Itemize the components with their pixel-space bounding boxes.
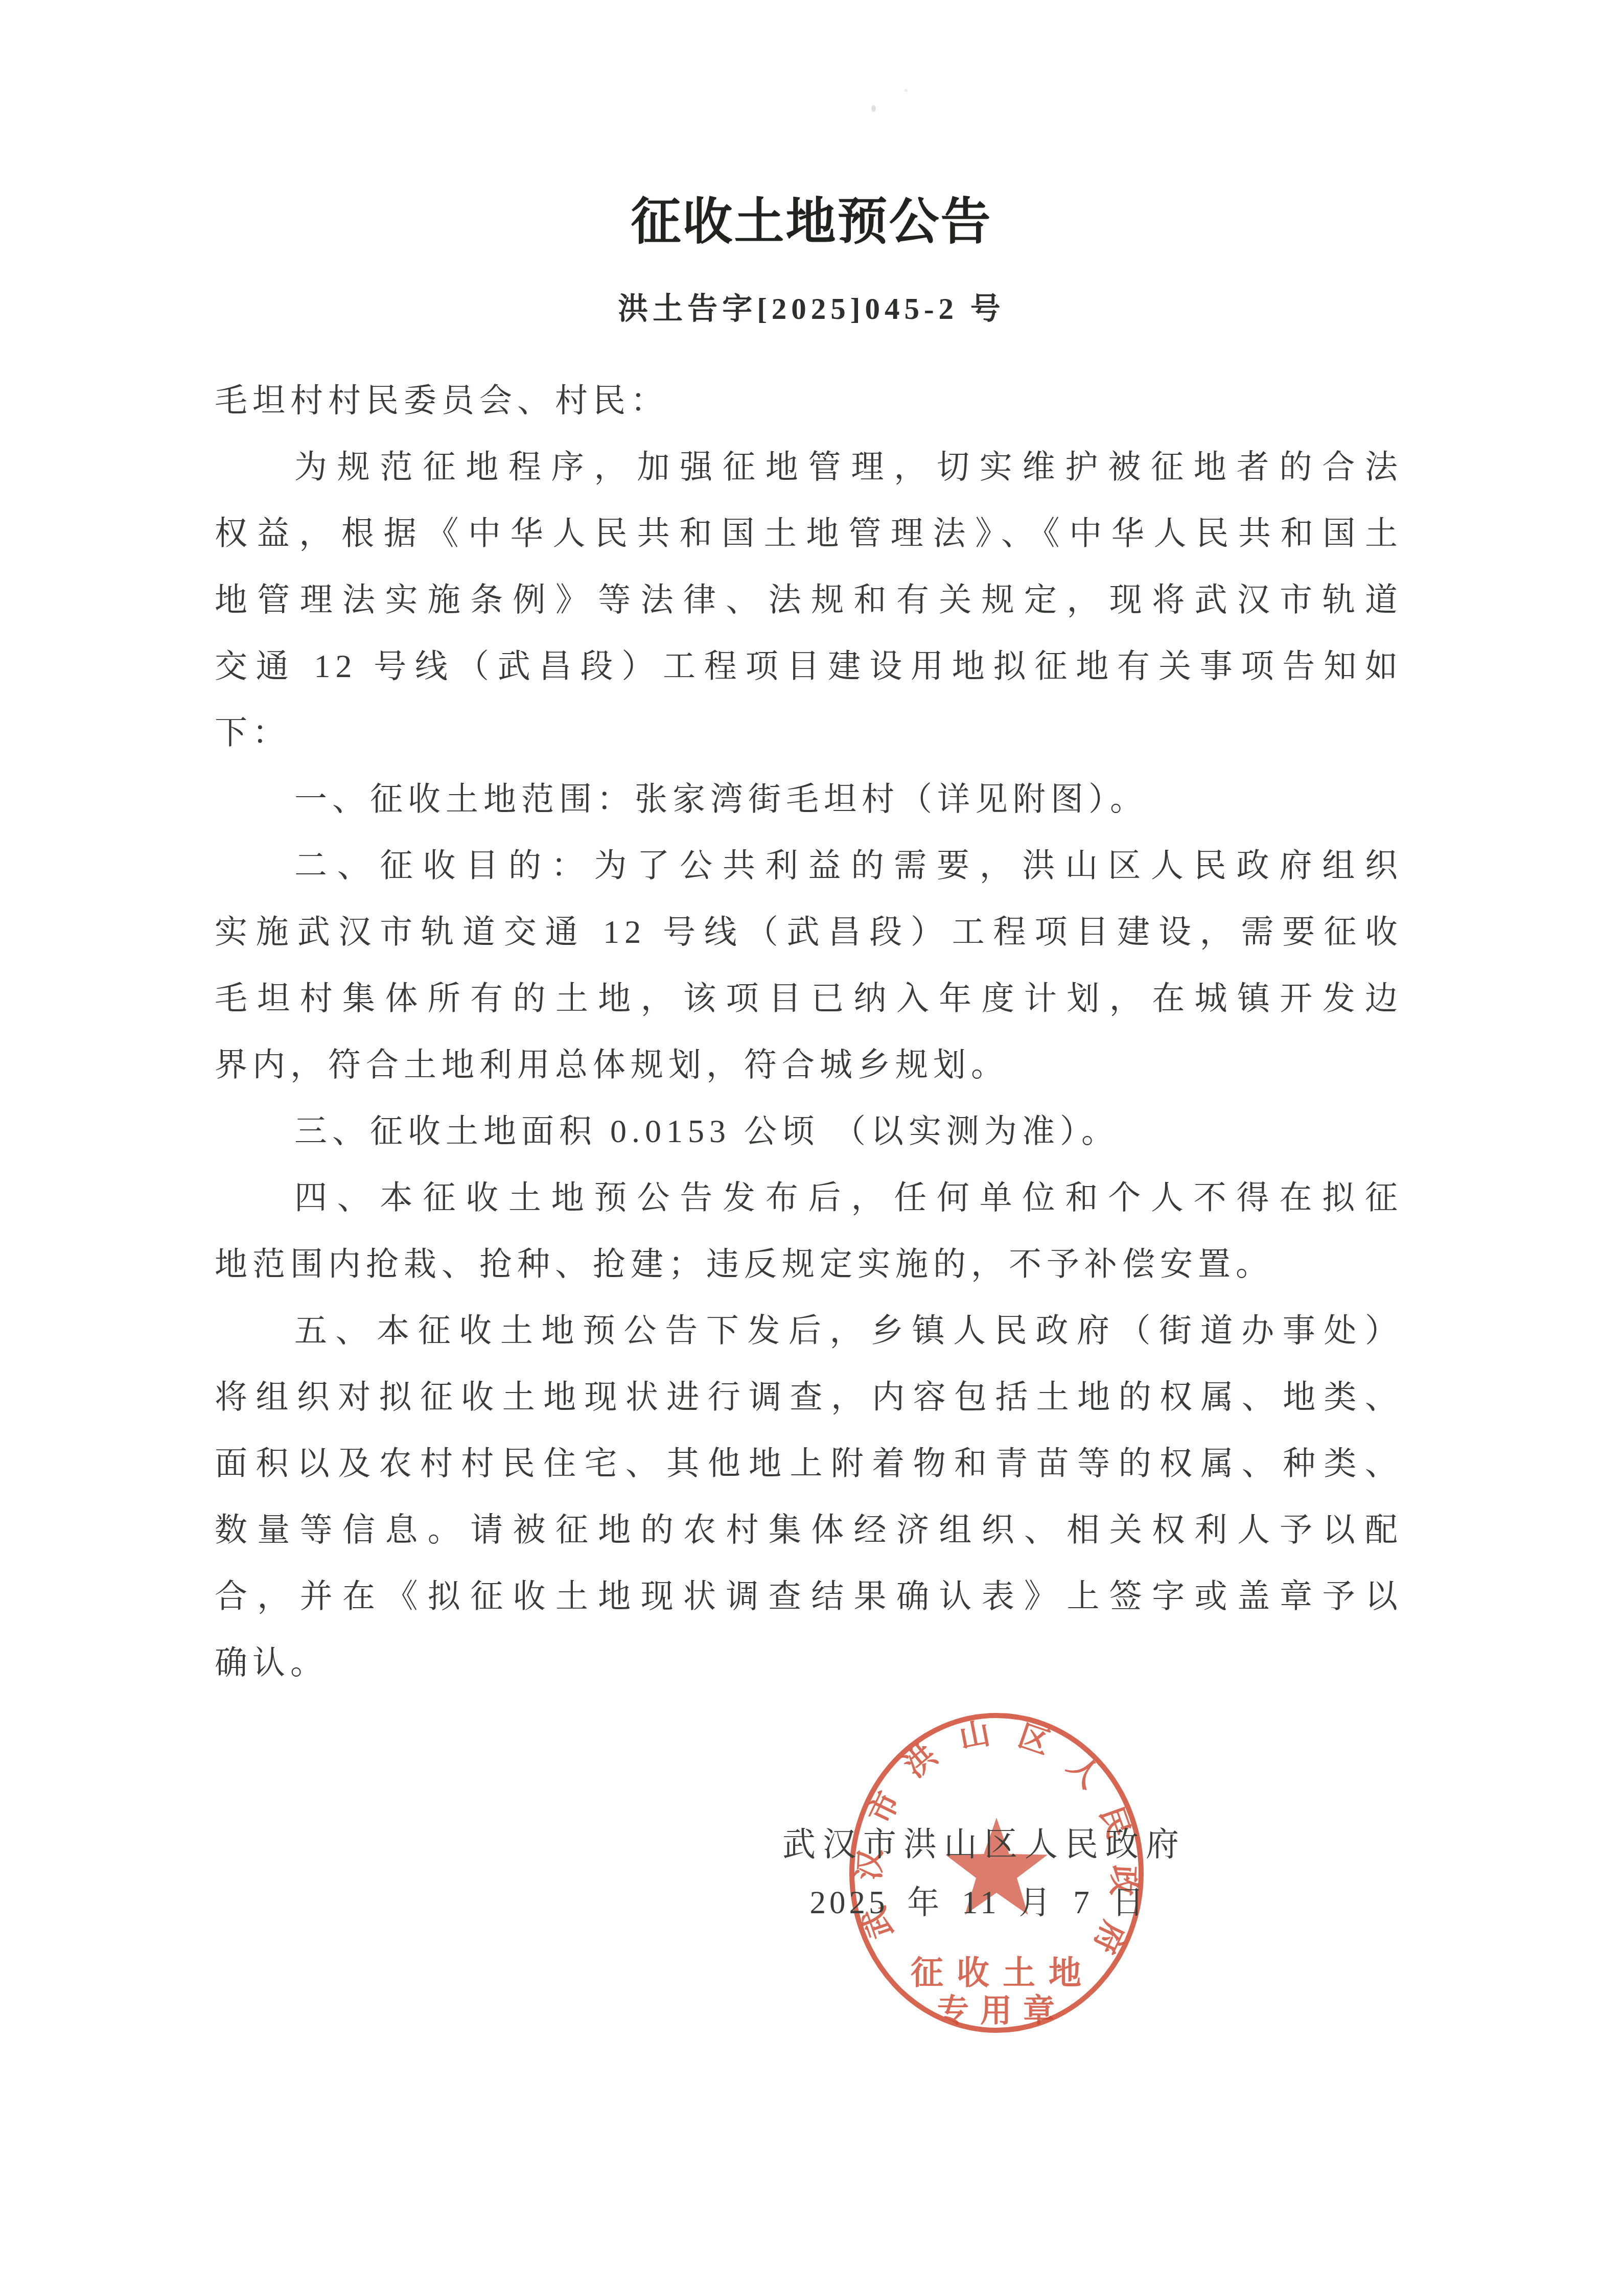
signature-date: 2025 年 11 月 7 日: [774, 1876, 1183, 1923]
document-page: 征收土地预公告 洪土告字[2025]045-2 号 毛坦村村民委员会、村民：为规…: [0, 0, 1623, 2296]
body-line: 一、征收土地范围：张家湾街毛坦村（详见附图）。: [215, 766, 1403, 832]
page-title: 征收土地预公告: [0, 195, 1623, 250]
body-line: 下：: [215, 700, 1403, 766]
document-body: 毛坦村村民委员会、村民：为规范征地程序，加强征地管理，切实维护被征地者的合法权益…: [215, 367, 1403, 1696]
body-line: 交通 12 号线（武昌段）工程项目建设用地拟征地有关事项告知如: [215, 633, 1403, 700]
body-line: 为规范征地程序，加强征地管理，切实维护被征地者的合法: [215, 434, 1403, 500]
scan-speck: [905, 89, 908, 92]
body-line: 确认。: [215, 1630, 1403, 1696]
body-line: 地范围内抢栽、抢种、抢建；违反规定实施的，不予补偿安置。: [215, 1231, 1403, 1297]
body-line: 四、本征收土地预公告发布后，任何单位和个人不得在拟征: [215, 1165, 1403, 1231]
body-line: 面积以及农村村民住宅、其他地上附着物和青苗等的权属、种类、: [215, 1430, 1403, 1497]
body-line: 权益，根据《中华人民共和国土地管理法》、《中华人民共和国土: [215, 500, 1403, 567]
body-line: 合，并在《拟征收土地现状调查结果确认表》上签字或盖章予以: [215, 1563, 1403, 1630]
body-line: 数量等信息。请被征地的农村集体经济组织、相关权利人予以配: [215, 1497, 1403, 1563]
body-line: 界内，符合土地利用总体规划，符合城乡规划。: [215, 1032, 1403, 1098]
body-line: 将组织对拟征收土地现状进行调查，内容包括土地的权属、地类、: [215, 1364, 1403, 1430]
seal-line1: 征收土地: [911, 1955, 1095, 1991]
body-line: 三、征收土地面积 0.0153 公顷 （以实测为准）。: [215, 1098, 1403, 1165]
scan-speck: [871, 105, 876, 112]
body-line: 二、征收目的：为了公共利益的需要，洪山区人民政府组织: [215, 832, 1403, 899]
body-line: 实施武汉市轨道交通 12 号线（武昌段）工程项目建设，需要征收: [215, 899, 1403, 965]
official-seal: 武汉市洪山区人民政府 征收土地 专用章: [843, 1707, 1150, 2039]
body-line: 地管理法实施条例》等法律、法规和有关规定，现将武汉市轨道: [215, 567, 1403, 633]
body-line: 毛坦村村民委员会、村民：: [215, 367, 1403, 434]
doc-number: 洪土告字[2025]045-2 号: [0, 292, 1623, 326]
body-line: 五、本征收土地预公告下发后，乡镇人民政府（街道办事处）: [215, 1297, 1403, 1364]
body-line: 毛坦村集体所有的土地，该项目已纳入年度计划，在城镇开发边: [215, 965, 1403, 1032]
signature-issuer: 武汉市洪山区人民政府: [780, 1817, 1189, 1865]
seal-line2: 专用章: [937, 1993, 1066, 2029]
